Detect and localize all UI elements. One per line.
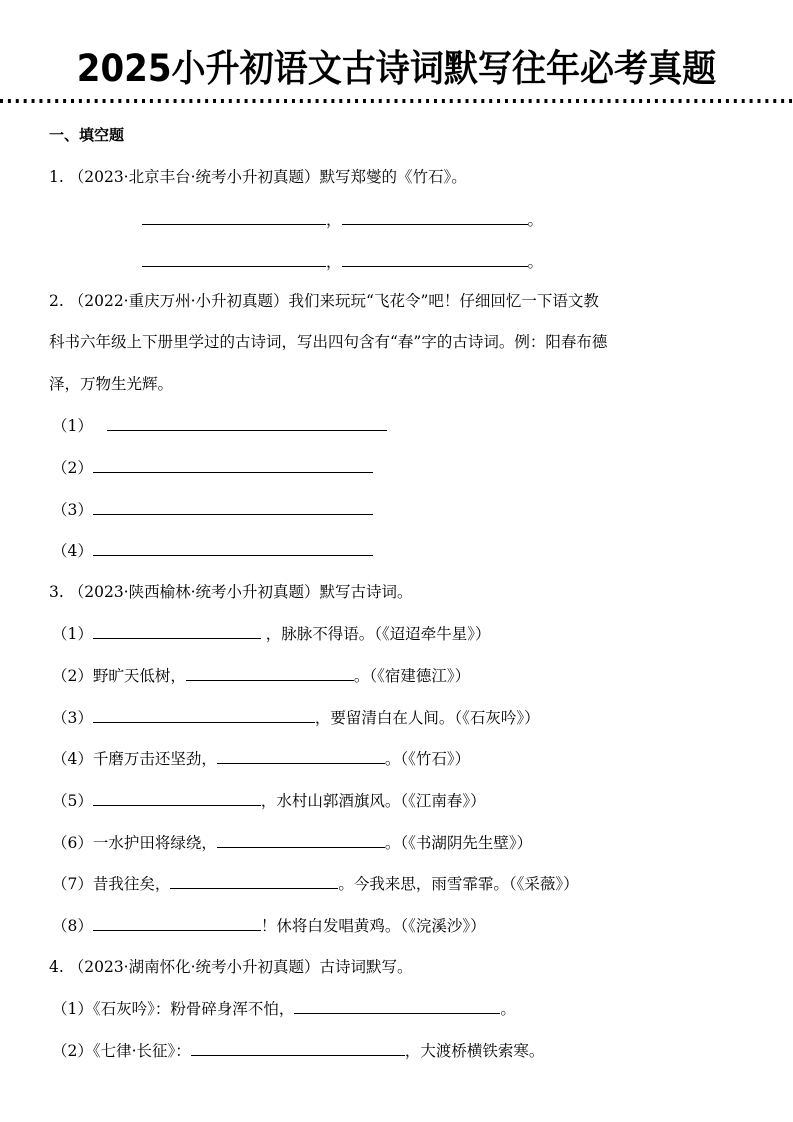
section-heading: 一、填空题 [49,124,124,146]
answer-blank[interactable] [342,250,528,267]
item-text-after: ，大渡桥横铁索寒。 [405,1042,545,1060]
sub-item: （6）一水护田将绿绕，。（《书湖阴先生壁》） [52,831,532,854]
item-text-before: 千磨万击还坚劲， [93,750,217,768]
answer-blank[interactable] [93,789,261,806]
question-number: 4. [49,958,64,976]
item-text-before: 野旷天低树， [93,667,186,685]
answer-blank[interactable] [93,914,261,931]
item-label: （1） [52,1000,93,1018]
answer-blank[interactable] [93,539,373,556]
answer-blank[interactable] [186,664,354,681]
question-2: 2. （2022·重庆万州·小升初真题）我们来玩玩“飞花令”吧！仔细回忆一下语文… [49,290,599,312]
item-label: （2） [52,459,93,477]
answer-blank[interactable] [93,456,373,473]
answer-blank[interactable] [170,872,338,889]
item-label: （1） [52,625,93,643]
item-text-after: ，要留清白在人间。（《石灰吟》） [315,709,540,727]
item-label: （3） [52,501,93,519]
answer-blank[interactable] [107,414,387,431]
question-prompt: （2023·北京丰台·统考小升初真题）默写郑燮的《竹石》。 [69,168,467,186]
answer-blank[interactable] [294,997,500,1014]
question-prompt: （2023·陕西榆林·统考小升初真题）默写古诗词。 [69,583,413,601]
item-label: （4） [52,750,93,768]
sub-item: （3） [52,498,373,521]
sub-item: （7）昔我往矣，。今我来思，雨雪霏霏。（《采薇》） [52,872,579,895]
answer-blank[interactable] [142,250,326,267]
sub-item: （8）！休将白发唱黄鸡。（《浣溪沙》） [52,914,486,937]
sub-item: （2）野旷天低树，。（《宿建德江》） [52,664,470,687]
answer-row: ，。 [142,250,543,273]
item-label: （2） [52,1042,93,1060]
item-text-after: 。今我来思，雨雪霏霏。（《采薇》） [338,875,578,893]
dotted-divider [0,99,793,103]
item-text-after: ，水村山郭酒旗风。（《江南春》） [261,792,486,810]
item-label: （7） [52,875,93,893]
document-title: 2025小升初语文古诗词默写往年必考真题 [32,44,762,94]
period: 。 [528,211,544,229]
sub-item: （4） [52,539,373,562]
item-text-after: ，脉脉不得语。（《迢迢牵牛星》） [261,625,491,643]
item-text-before: 昔我往矣， [93,875,171,893]
item-label: （2） [52,667,93,685]
answer-blank[interactable] [217,747,385,764]
question-prompt-line: 泽，万物生光辉。 [49,373,173,395]
sub-item: （1） ，脉脉不得语。（《迢迢牵牛星》） [52,622,491,645]
answer-blank[interactable] [93,706,315,723]
sub-item: （2） [52,456,373,479]
answer-blank[interactable] [93,622,261,639]
answer-row: ，。 [142,208,543,231]
item-text-after: 。（《竹石》） [385,750,470,768]
item-text-after: 。（《书湖阴先生壁》） [385,834,532,852]
item-text-after: 。（《宿建德江》） [354,667,470,685]
item-label: （3） [52,709,93,727]
item-text-after: 。 [500,1000,516,1018]
item-text-before: 《石灰吟》：粉骨碎身浑不怕， [93,1000,295,1018]
item-label: （4） [52,542,93,560]
question-1: 1. （2023·北京丰台·统考小升初真题）默写郑燮的《竹石》。 [49,166,467,188]
question-4: 4. （2023·湖南怀化·统考小升初真题）古诗词默写。 [49,956,413,978]
item-label: （5） [52,792,93,810]
item-label: （1） [52,417,93,435]
sub-item: （4）千磨万击还坚劲，。（《竹石》） [52,747,470,770]
item-text-before: 《七律·长征》： [93,1042,191,1060]
sub-item: （1） [52,414,387,437]
question-prompt: （2023·湖南怀化·统考小升初真题）古诗词默写。 [69,958,413,976]
comma: ， [326,253,342,271]
sub-item: （1）《石灰吟》：粉骨碎身浑不怕，。 [52,997,516,1020]
question-number: 1. [49,168,64,186]
question-number: 2. [49,292,64,310]
question-prompt-line: 科书六年级上下册里学过的古诗词，写出四句含有“春”字的古诗词。例：阳春布德 [49,331,607,353]
item-label: （8） [52,917,93,935]
answer-blank[interactable] [93,498,373,515]
question-3: 3. （2023·陕西榆林·统考小升初真题）默写古诗词。 [49,581,413,603]
sub-item: （2）《七律·长征》：，大渡桥横铁索寒。 [52,1039,544,1062]
item-text-before: 一水护田将绿绕， [93,834,217,852]
question-number: 3. [49,583,64,601]
answer-blank[interactable] [217,831,385,848]
period: 。 [528,253,544,271]
sub-item: （3），要留清白在人间。（《石灰吟》） [52,706,540,729]
sub-item: （5），水村山郭酒旗风。（《江南春》） [52,789,486,812]
item-text-after: ！休将白发唱黄鸡。（《浣溪沙》） [261,917,486,935]
item-label: （6） [52,834,93,852]
answer-blank[interactable] [342,208,528,225]
answer-blank[interactable] [142,208,326,225]
answer-blank[interactable] [191,1039,405,1056]
comma: ， [326,211,342,229]
question-prompt-line: （2022·重庆万州·小升初真题）我们来玩玩“飞花令”吧！仔细回忆一下语文教 [69,292,599,310]
